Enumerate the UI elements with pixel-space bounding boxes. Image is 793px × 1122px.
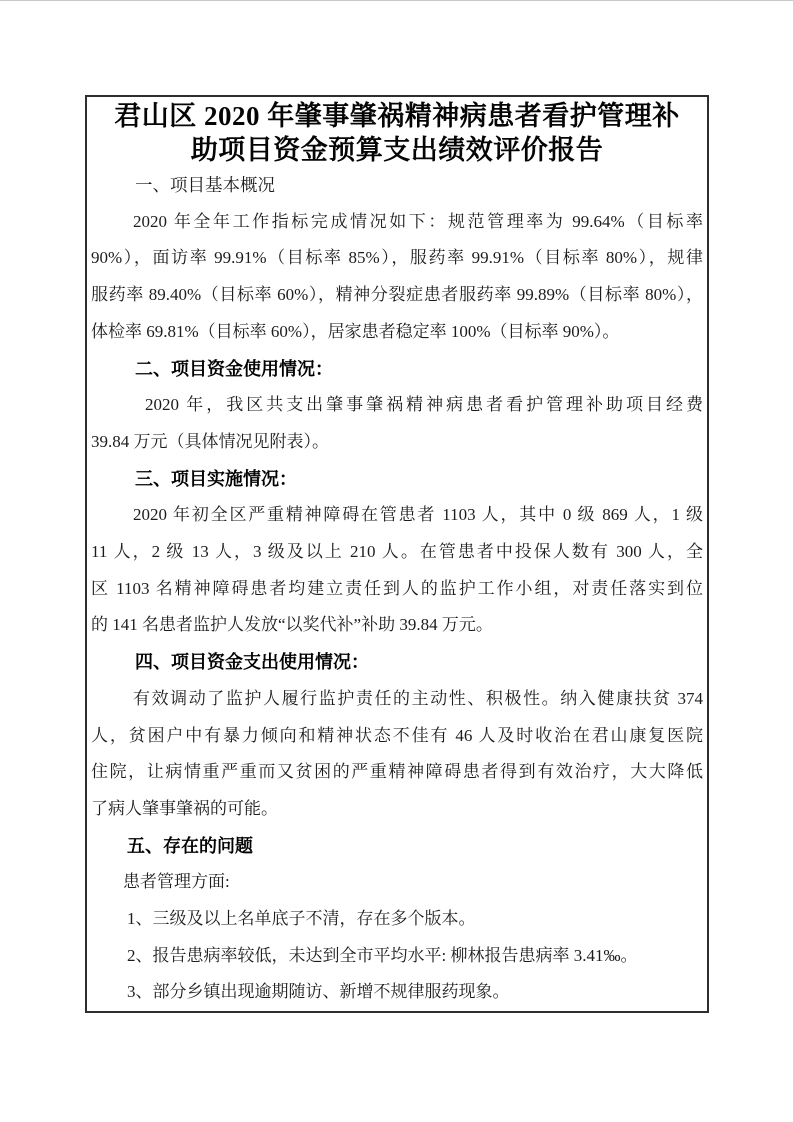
paragraph-line: 3、部分乡镇出现逾期随访、新增不规律服药现象。	[87, 974, 707, 1011]
section-heading: 四、项目资金支出使用情况：	[87, 644, 707, 681]
section-heading: 一、项目基本概况	[87, 167, 707, 204]
section-heading: 二、项目资金使用情况：	[87, 351, 707, 388]
document-body: 一、项目基本概况2020 年全年工作指标完成情况如下：规范管理率为 99.64%…	[87, 167, 707, 1011]
document-title: 君山区 2020 年肇事肇祸精神病患者看护管理补 助项目资金预算支出绩效评价报告	[87, 99, 707, 167]
paragraph-line: 2020 年全年工作指标完成情况如下：规范管理率为 99.64%（目标率	[87, 204, 707, 241]
paragraph-line: 人，贫困户中有暴力倾向和精神状态不佳有 46 人及时收治在君山康复医院	[87, 718, 707, 755]
paragraph-line: 2020 年，我区共支出肇事肇祸精神病患者看护管理补助项目经费	[87, 387, 707, 424]
section-heading: 三、项目实施情况：	[87, 461, 707, 498]
paragraph-line: 患者管理方面:	[87, 864, 707, 901]
paragraph: 患者管理方面:1、三级及以上名单底子不清，存在多个版本。2、报告患病率较低，未达…	[87, 864, 707, 1011]
section-heading: 五、存在的问题	[87, 828, 707, 865]
paragraph-line: 2、报告患病率较低，未达到全市平均水平: 柳林报告患病率 3.41‰。	[87, 938, 707, 975]
paragraph-line: 11 人，2 级 13 人，3 级及以上 210 人。在管患者中投保人数有 30…	[87, 534, 707, 571]
paragraph-line: 了病人肇事肇祸的可能。	[87, 791, 707, 828]
paragraph-line: 90%），面访率 99.91%（目标率 85%），服药率 99.91%（目标率 …	[87, 240, 707, 277]
paragraph-line: 有效调动了监护人履行监护责任的主动性、积极性。纳入健康扶贫 374	[87, 681, 707, 718]
paragraph-line: 1、三级及以上名单底子不清，存在多个版本。	[87, 901, 707, 938]
paragraph-line: 住院，让病情重严重而又贫困的严重精神障碍患者得到有效治疗，大大降低	[87, 754, 707, 791]
paragraph-line: 2020 年初全区严重精神障碍在管患者 1103 人，其中 0 级 869 人，…	[87, 497, 707, 534]
paragraph: 2020 年全年工作指标完成情况如下：规范管理率为 99.64%（目标率90%）…	[87, 204, 707, 351]
document-title-line: 君山区 2020 年肇事肇祸精神病患者看护管理补	[87, 99, 707, 133]
paragraph: 有效调动了监护人履行监护责任的主动性、积极性。纳入健康扶贫 374人，贫困户中有…	[87, 681, 707, 828]
document-page: 君山区 2020 年肇事肇祸精神病患者看护管理补 助项目资金预算支出绩效评价报告…	[0, 0, 793, 1122]
scan-edge-artifact	[0, 0, 793, 1]
paragraph: 2020 年初全区严重精神障碍在管患者 1103 人，其中 0 级 869 人，…	[87, 497, 707, 644]
paragraph-line: 的 141 名患者监护人发放“以奖代补”补助 39.84 万元。	[87, 607, 707, 644]
document-border-frame: 君山区 2020 年肇事肇祸精神病患者看护管理补 助项目资金预算支出绩效评价报告…	[85, 95, 709, 1013]
paragraph-line: 体检率 69.81%（目标率 60%），居家患者稳定率 100%（目标率 90%…	[87, 314, 707, 351]
paragraph-line: 服药率 89.40%（目标率 60%），精神分裂症患者服药率 99.89%（目标…	[87, 277, 707, 314]
paragraph: 2020 年，我区共支出肇事肇祸精神病患者看护管理补助项目经费39.84 万元（…	[87, 387, 707, 460]
paragraph-line: 区 1103 名精神障碍患者均建立责任到人的监护工作小组，对责任落实到位	[87, 571, 707, 608]
document-title-line: 助项目资金预算支出绩效评价报告	[87, 133, 707, 167]
paragraph-line: 39.84 万元（具体情况见附表）。	[87, 424, 707, 461]
